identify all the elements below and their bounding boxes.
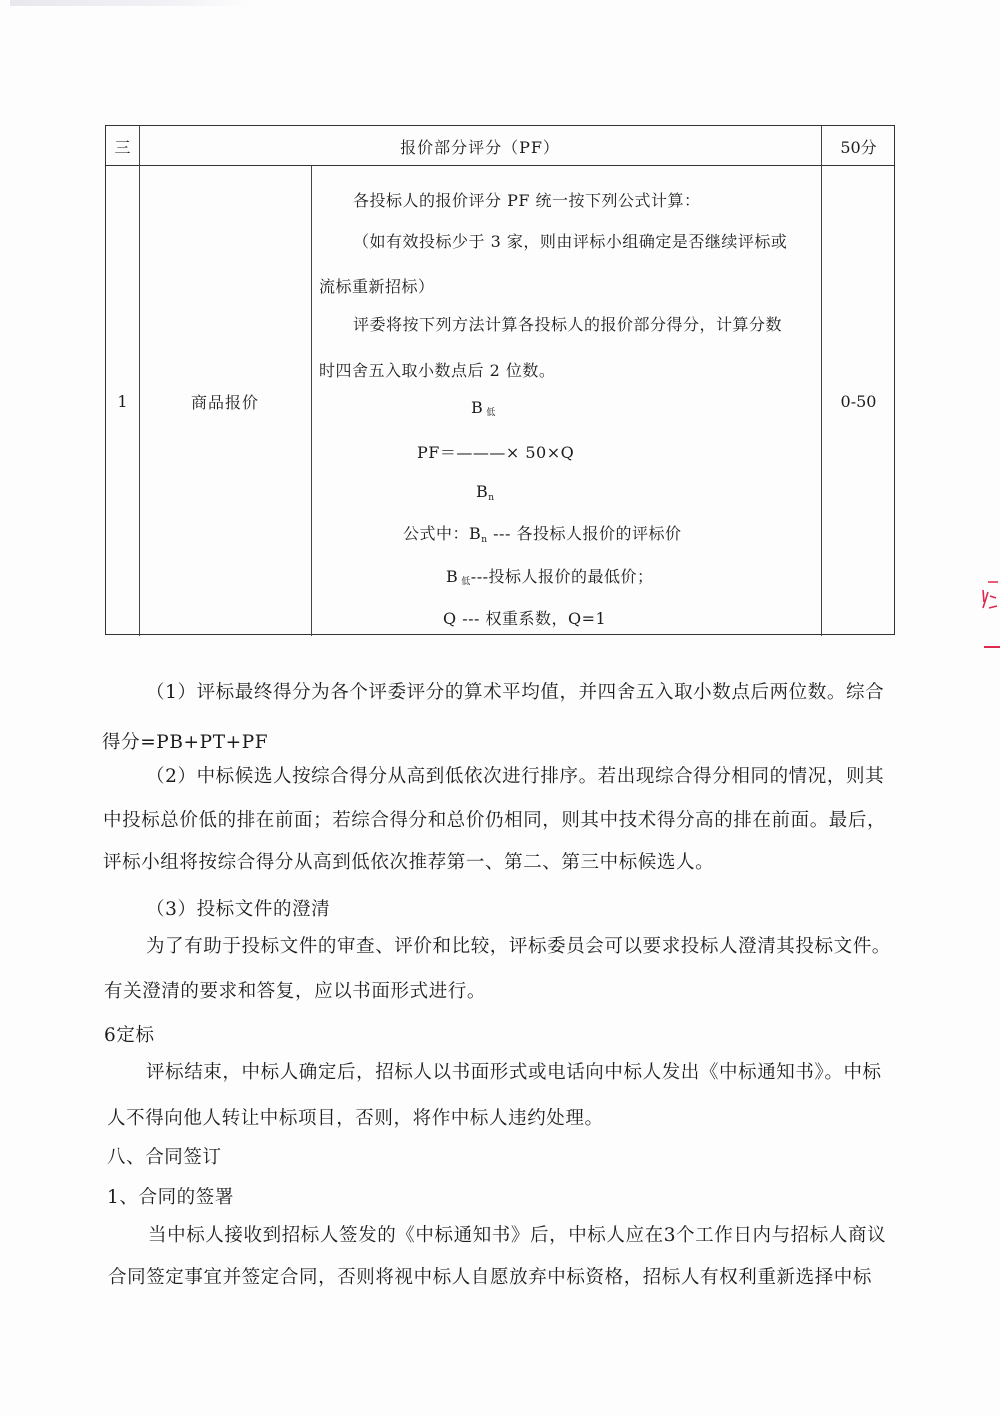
subsection-title: 1、合同的签署: [107, 1183, 234, 1209]
table-header-row: 三 报价部分评分（PF） 50分: [106, 126, 894, 166]
paragraph-line: 为了有助于投标文件的审查、评价和比较，评标委员会可以要求投标人澄清其投标文件。: [146, 932, 891, 958]
formula-numerator: B低: [471, 398, 496, 417]
paragraph-line: 中投标总价低的排在前面；若综合得分和总价仍相同，则其中技术得分高的排在前面。最后…: [103, 806, 886, 832]
price-scoring-table: 三 报价部分评分（PF） 50分 1 商品报价 0-50 各投标人的报价评分 P…: [105, 125, 895, 635]
content-line: 评委将按下列方法计算各投标人的报价部分得分，计算分数: [353, 312, 782, 335]
paragraph-line: 当中标人接收到招标人签发的《中标通知书》后，中标人应在3个工作日内与招标人商议: [148, 1221, 886, 1247]
formula-denominator: Bn: [476, 482, 495, 501]
paragraph-line: 有关澄清的要求和答复，应以书面形式进行。: [104, 977, 486, 1003]
column-divider: [821, 166, 822, 636]
formula-legend-q: Q --- 权重系数，Q=1: [443, 606, 606, 629]
scanned-document-page: 三 报价部分评分（PF） 50分 1 商品报价 0-50 各投标人的报价评分 P…: [0, 0, 1000, 1415]
paragraph-line: 人不得向他人转让中标项目，否则，将作中标人违约处理。: [107, 1104, 604, 1130]
content-line: 各投标人的报价评分 PF 统一按下列公式计算：: [353, 188, 701, 211]
section-heading: 八、合同签订: [107, 1143, 222, 1169]
paragraph-line: （1）评标最终得分为各个评委评分的算术平均值，并四舍五入取小数点后两位数。综合: [146, 678, 884, 704]
row-content: 各投标人的报价评分 PF 统一按下列公式计算： （如有效投标少于 3 家，则由评…: [311, 166, 821, 636]
section-score: 50分: [821, 126, 896, 166]
paragraph-line: 评标小组将按综合得分从高到低依次推荐第一、第二、第三中标候选人。: [103, 848, 714, 874]
row-item-name: 商品报价: [139, 166, 311, 636]
formula-legend-bn: 公式中：Bn --- 各投标人报价的评标价: [403, 521, 681, 544]
paragraph-line: 合同签定事宜并签定合同，否则将视中标人自愿放弃中标资格，招标人有权利重新选择中标: [108, 1263, 872, 1289]
scan-artifact: [10, 0, 250, 6]
column-divider: [139, 166, 140, 636]
content-line: 流标重新招标）: [319, 274, 435, 297]
paragraph-line: 评标结束，中标人确定后，招标人以书面形式或电话向中标人发出《中标通知书》。中标: [146, 1058, 882, 1084]
partial-seal-stamp-icon: [980, 580, 1000, 660]
column-divider: [139, 126, 140, 165]
formula-main: PF＝———× 50×Q: [417, 440, 574, 463]
formula-legend-blow: B低---投标人报价的最低价；: [446, 564, 654, 587]
paragraph-line: （2）中标候选人按综合得分从高到低依次进行排序。若出现综合得分相同的情况，则其: [146, 762, 884, 788]
section-heading: 6定标: [104, 1021, 155, 1047]
section-number: 三: [106, 126, 139, 166]
table-row: 1 商品报价 0-50 各投标人的报价评分 PF 统一按下列公式计算： （如有效…: [106, 166, 894, 636]
row-score-range: 0-50: [821, 166, 896, 636]
section-title: 报价部分评分（PF）: [139, 126, 821, 166]
content-line: （如有效投标少于 3 家，则由评标小组确定是否继续评标或: [353, 229, 787, 252]
column-divider: [821, 126, 822, 165]
content-line: 时四舍五入取小数点后 2 位数。: [319, 358, 555, 381]
subsection-title: （3）投标文件的澄清: [146, 895, 330, 921]
paragraph-line: 得分=PB+PT+PF: [102, 728, 268, 754]
row-number: 1: [106, 166, 139, 636]
